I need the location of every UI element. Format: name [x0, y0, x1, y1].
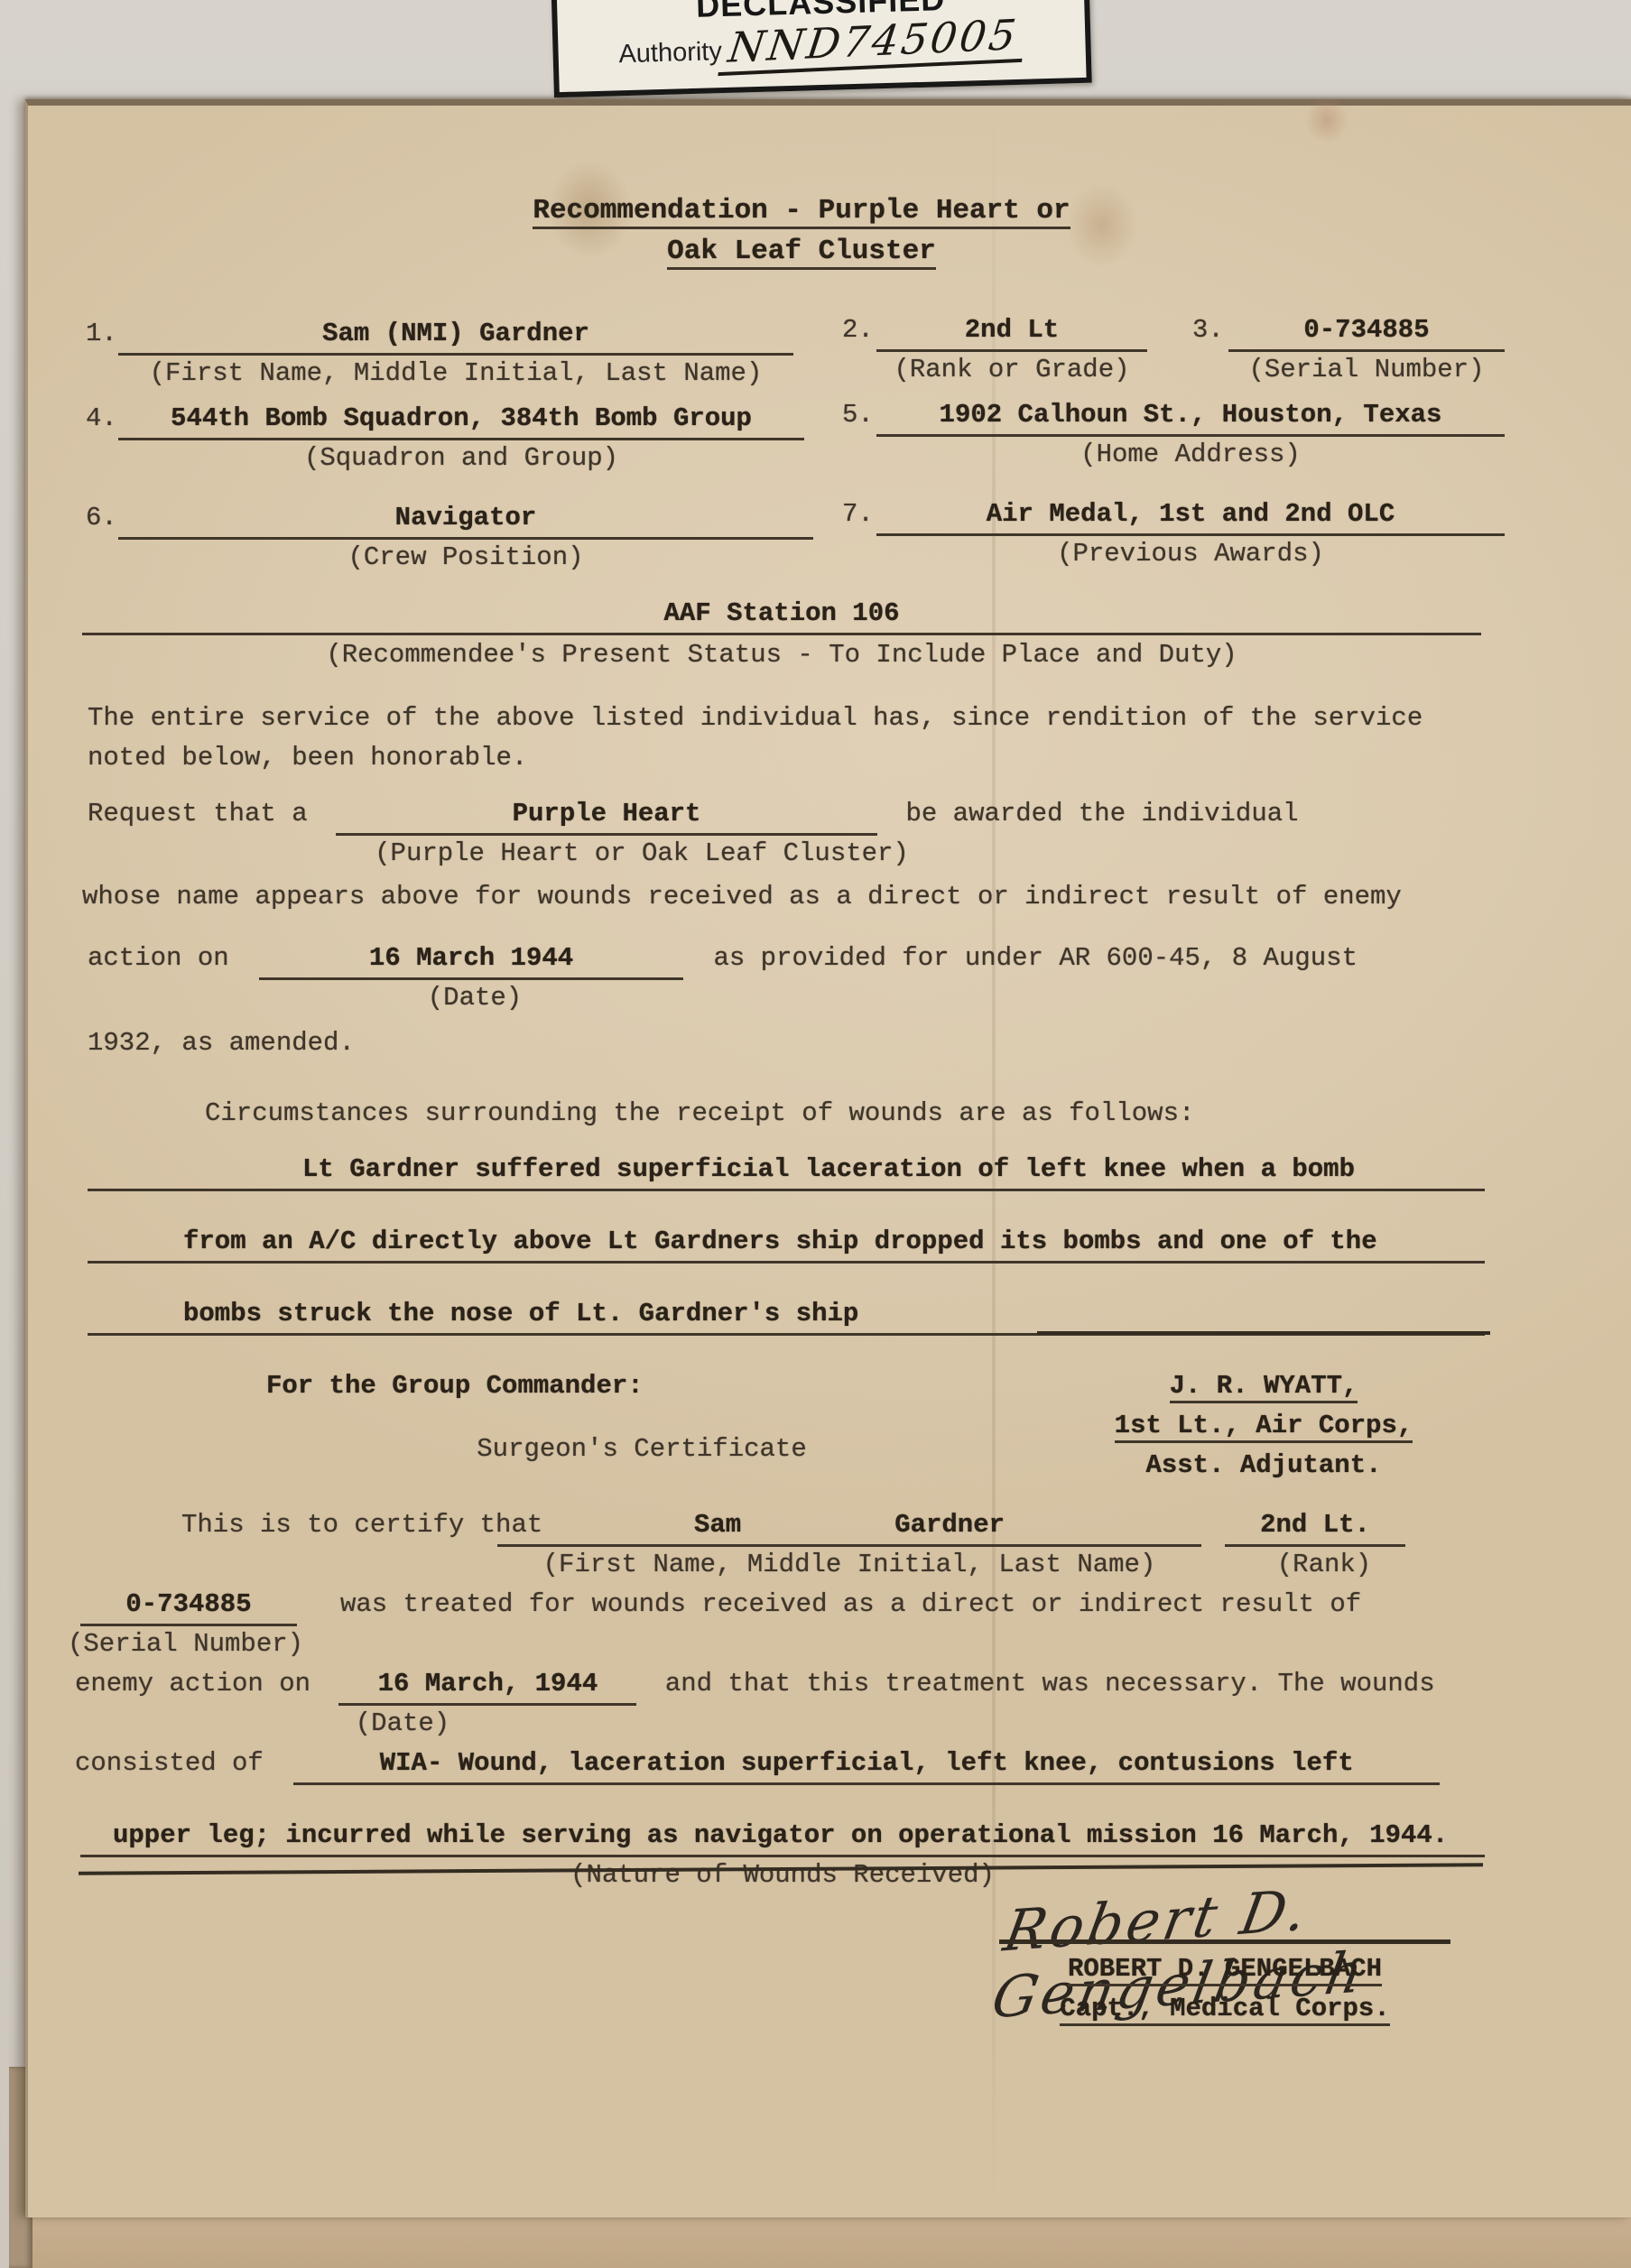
wyatt-rank: 1st Lt., Air Corps, [1037, 1407, 1490, 1445]
field2-value-text: 2nd Lt [876, 311, 1147, 352]
action-prefix: action on [88, 943, 229, 973]
enemy-date: 16 March, 1944 [338, 1665, 636, 1706]
field1-value-text: Sam (NMI) Gardner [118, 315, 793, 356]
field1-label: (First Name, Middle Initial, Last Name) [118, 355, 793, 393]
circumstances-line2: from an A/C directly above Lt Gardners s… [88, 1223, 1485, 1264]
request-prefix: Request that a [88, 799, 308, 829]
certify-name: SamGardner2nd Lt. [497, 1506, 1405, 1547]
wyatt-name-text: J. R. WYATT, [1170, 1371, 1358, 1403]
enemy-prefix: enemy action on [75, 1669, 310, 1699]
request-label: (Purple Heart or Oak Leaf Cluster) [326, 835, 958, 873]
field6-label: (Crew Position) [118, 539, 813, 577]
consisted-line: consisted of WIA- Wound, laceration supe… [75, 1745, 1440, 1785]
signature-typed-name-text: ROBERT D. GENGELBACH [1068, 1954, 1382, 1986]
certify-serial-value: 0-734885 [80, 1586, 297, 1626]
treated-line: was treated for wounds received as a dir… [340, 1586, 1361, 1624]
field2-value: 2nd Lt [876, 311, 1147, 352]
amended-line: 1932, as amended. [88, 1024, 355, 1062]
field4-label: (Squadron and Group) [118, 440, 804, 477]
field1-number: 1. [86, 315, 117, 353]
certify-name-last: Gardner [894, 1510, 1005, 1540]
signature-typed-title-text: Capt., Medical Corps. [1060, 1994, 1389, 2026]
status-value: AAF Station 106 [82, 595, 1481, 635]
field6-number: 6. [86, 499, 117, 537]
request-suffix: be awarded the individual [905, 799, 1298, 829]
field5-number: 5. [842, 396, 874, 434]
honorable-line1: The entire service of the above listed i… [88, 699, 1422, 737]
form-title-line2: Oak Leaf Cluster [28, 232, 1575, 273]
field7-number: 7. [842, 495, 874, 533]
field7-value-text: Air Medal, 1st and 2nd OLC [876, 495, 1505, 536]
field3-value: 0-734885 [1228, 311, 1505, 352]
whose-line: whose name appears above for wounds rece… [82, 878, 1402, 916]
group-commander-line: For the Group Commander: [266, 1367, 644, 1405]
field3-number: 3. [1192, 311, 1224, 349]
field5-value: 1902 Calhoun St., Houston, Texas [876, 396, 1505, 437]
surgeons-certificate-heading: Surgeon's Certificate [407, 1430, 876, 1468]
wyatt-name: J. R. WYATT, [1037, 1367, 1490, 1405]
certify-name-label: (First Name, Middle Initial, Last Name) [497, 1546, 1201, 1584]
authority-label: Authority [618, 37, 722, 69]
enemy-line: enemy action on 16 March, 1944 and that … [75, 1665, 1435, 1706]
signature-typed-title: Capt., Medical Corps. [999, 1990, 1450, 2028]
field5-value-text: 1902 Calhoun St., Houston, Texas [876, 396, 1505, 437]
form-title-line2-text: Oak Leaf Cluster [667, 236, 936, 270]
declassified-stamp: DECLASSIFIED Authority NND745005 [551, 0, 1092, 97]
field5-label: (Home Address) [876, 436, 1505, 474]
request-line: Request that a Purple Heart be awarded t… [88, 795, 1299, 836]
certify-rank: 2nd Lt. [1225, 1506, 1405, 1547]
form-title-line1: Recommendation - Purple Heart or [28, 191, 1575, 232]
field4-value: 544th Bomb Squadron, 384th Bomb Group [118, 400, 804, 440]
document-page: Recommendation - Purple Heart or Oak Lea… [25, 99, 1631, 2217]
wyatt-rank-text: 1st Lt., Air Corps, [1115, 1411, 1413, 1443]
certify-rank-label: (Rank) [1225, 1546, 1423, 1584]
action-line: action on 16 March 1944 as provided for … [88, 940, 1358, 980]
action-date: 16 March 1944 [259, 940, 683, 980]
wounds-line2: upper leg; incurred while serving as nav… [80, 1817, 1485, 1857]
honorable-line2: noted below, been honorable. [88, 739, 527, 777]
wounds-line1: WIA- Wound, laceration superficial, left… [293, 1745, 1440, 1785]
consisted-prefix: consisted of [75, 1748, 264, 1778]
wyatt-title: Asst. Adjutant. [1037, 1447, 1490, 1485]
signature-typed-name: ROBERT D. GENGELBACH [999, 1950, 1450, 1988]
request-value: Purple Heart [336, 795, 877, 836]
enemy-date-label: (Date) [254, 1705, 551, 1743]
status-label: (Recommendee's Present Status - To Inclu… [82, 636, 1481, 674]
circumstances-heading: Circumstances surrounding the receipt of… [205, 1095, 1194, 1133]
field6-value-text: Navigator [118, 499, 813, 540]
action-suffix: as provided for under AR 600-45, 8 Augus… [713, 943, 1358, 973]
form-title-line1-text: Recommendation - Purple Heart or [533, 195, 1070, 229]
field2-label: (Rank or Grade) [876, 351, 1147, 389]
field7-value: Air Medal, 1st and 2nd OLC [876, 495, 1505, 536]
action-date-label: (Date) [263, 979, 687, 1017]
circumstances-line1: Lt Gardner suffered superficial lacerati… [88, 1151, 1485, 1191]
field3-label: (Serial Number) [1228, 351, 1505, 389]
field3-value-text: 0-734885 [1228, 311, 1505, 352]
paper-stain [1305, 97, 1348, 143]
certify-serial-text: 0-734885 [80, 1586, 297, 1626]
field4-number: 4. [86, 400, 117, 438]
certify-serial-label: (Serial Number) [68, 1625, 303, 1663]
field6-value: Navigator [118, 499, 813, 540]
field1-value: Sam (NMI) Gardner [118, 315, 793, 356]
certify-name-first: Sam [694, 1510, 741, 1540]
enemy-suffix: and that this treatment was necessary. T… [665, 1669, 1435, 1699]
signature-underline [999, 1939, 1450, 1944]
status-value-text: AAF Station 106 [82, 595, 1481, 635]
field4-value-text: 544th Bomb Squadron, 384th Bomb Group [118, 400, 804, 440]
certify-prefix: This is to certify that [181, 1506, 542, 1544]
signature-blank-line [1037, 1331, 1490, 1335]
field2-number: 2. [842, 311, 874, 349]
field7-label: (Previous Awards) [876, 535, 1505, 573]
circumstances-line3: bombs struck the nose of Lt. Gardner's s… [88, 1295, 1485, 1336]
